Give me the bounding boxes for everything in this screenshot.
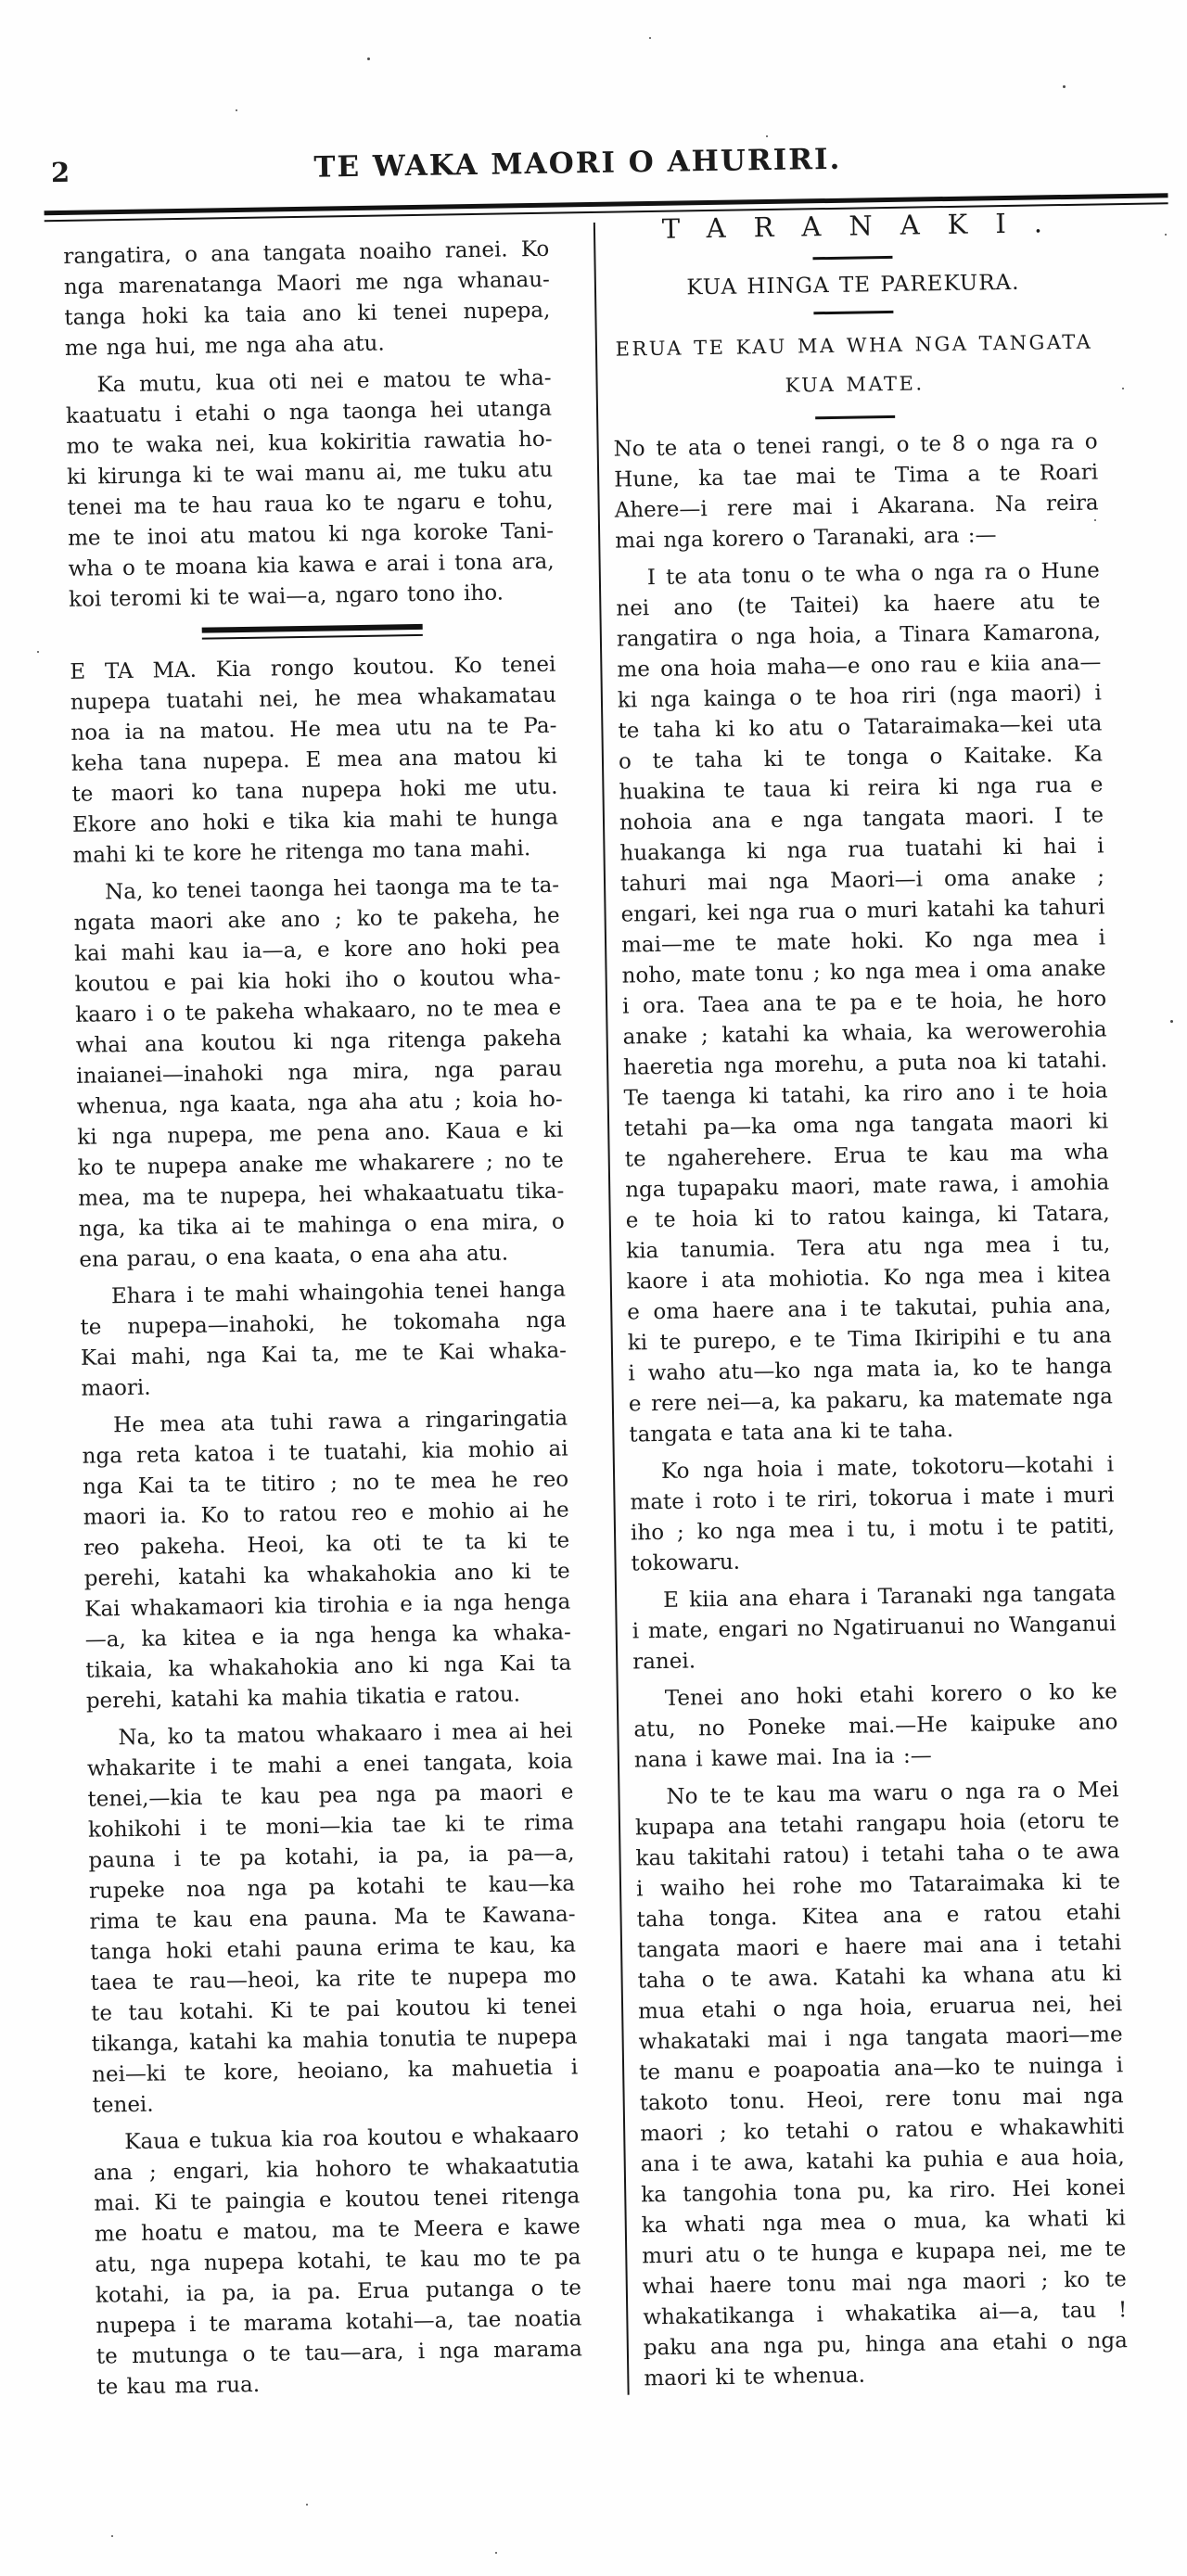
article-deck: ERUA TE KAU MA WHA NGA TANGATA KUA MATE. [612,322,1097,407]
deck-line: KUA MATE. [612,361,1097,407]
text-line: koi teromi ki te wai—a, ngaro tono iho. [69,578,555,616]
paragraph: He mea ata tuhi rawa a ringaringatianga … [82,1404,572,1717]
text-line: ena parau, o ena kaata, o ena aha atu. [79,1238,565,1276]
paragraph: Na, ko ta matou whakaaro i mea ai heiwha… [86,1716,579,2122]
article-body: No te ata o tenei rangi, o te 8 o nga ra… [613,427,1128,2394]
scan-speck [1170,1020,1173,1023]
deck-line: ERUA TE KAU MA WHA NGA TANGATA [612,322,1097,368]
section-divider-rule [202,624,423,640]
paragraph: I te ata tonu o te wha o nga ra o Hunene… [616,555,1114,1450]
left-column: rangatira, o ana tangata noaiho ranei. K… [63,235,583,2410]
scan-speck [236,109,237,111]
heading-rule [813,311,893,314]
newspaper-masthead: TE WAKA MAORI O AHURIRI. [40,138,1116,188]
paragraph: Kaua e tukua kia roa koutou e whakaaroan… [93,2120,583,2403]
scan-speck [1122,388,1124,389]
paragraph: E TA MA. Kia rongo koutou. Ko teneinupep… [70,650,559,872]
paragraph: rangatira, o ana tangata noaiho ranei. K… [63,235,551,364]
text-line: nana i kawe mai. Ina ia :— [634,1738,1118,1776]
scan-speck [1063,85,1066,88]
scan-speck [367,57,370,60]
scan-speck [649,37,651,39]
heading-rule [812,256,892,260]
article-subheading: KUA HINGA TE PAREKURA. [611,267,1095,302]
text-line: mahi ki te kore he ritenga mo tana mahi. [72,834,558,872]
scan-speck [1165,234,1167,236]
scan-speck [37,651,39,653]
scan-speck [306,2504,308,2506]
paragraph: Ko nga hoia i mate, tokotoru—kotahi imat… [630,1449,1116,1579]
article-title: TARANAKI. [610,203,1095,248]
paragraph: Tenei ano hoki etahi korero o ko keatu, … [633,1677,1118,1776]
paragraph: Ehara i te mahi whaingohia tenei hangate… [80,1275,568,1405]
section-rule-thin [202,634,423,640]
paragraph: Na, ko tenei taonga hei taonga ma te ta-… [73,871,566,1276]
scan-speck [111,2535,113,2537]
scan-speck [766,135,768,137]
text-line: perehi, katahi ka mahia tikatia e ratou. [86,1679,572,1717]
section-rule-thick [202,624,423,633]
scan-speck [1094,519,1096,521]
text-line: me nga hui, me nga aha atu. [65,326,551,364]
heading-rule [815,415,895,419]
right-column: TARANAKI. KUA HINGA TE PAREKURA. ERUA TE… [610,203,1129,2401]
text-line: te kau ma rua. [96,2365,582,2403]
text-line: maori ki te whenua. [644,2356,1128,2394]
scan-speck [495,2552,497,2554]
paragraph: E kiia ana ehara i Taranaki nga tangatai… [632,1578,1117,1677]
paragraph: Ka mutu, kua oti nei e matou te wha-kaat… [65,363,555,616]
text-line: tokowaru. [631,1541,1115,1579]
paragraph: No te te kau ma waru o nga ra o Meikupap… [634,1775,1128,2394]
scanned-page: 2 TE WAKA MAORI O AHURIRI. rangatira, o … [0,0,1187,2576]
text-line: mai nga korero o Taranaki, ara :— [615,518,1099,556]
scan-speck [91,1550,93,1552]
paragraph: No te ata o tenei rangi, o te 8 o nga ra… [613,427,1099,556]
text-line: tangata e tata ana ki te taha. [629,1412,1113,1450]
